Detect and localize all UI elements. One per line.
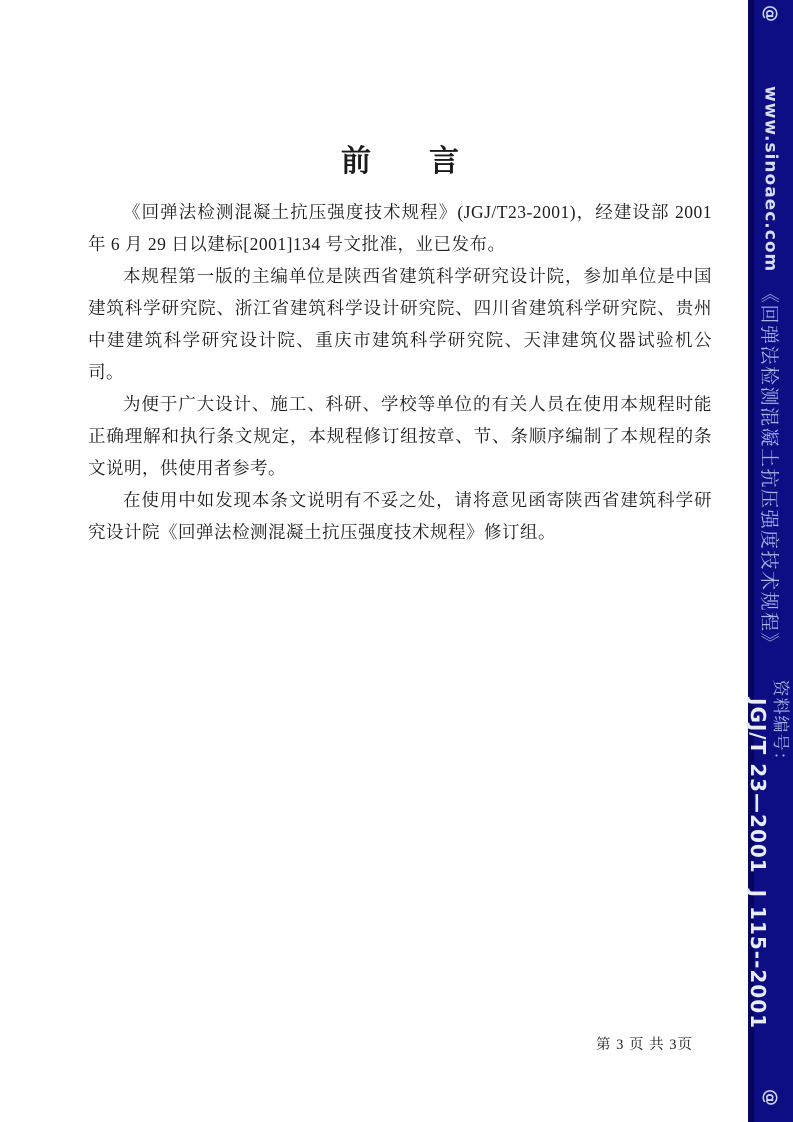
document-page: 前 言 《回弹法检测混凝土抗压强度技术规程》(JGJ/T23-2001)，经建设… (0, 0, 748, 1122)
website-link[interactable]: www.sinoaec.com (748, 86, 793, 272)
page-title: 前 言 (88, 136, 712, 180)
page-title-char: 言 (429, 136, 459, 180)
paragraph-purpose: 为便于广大设计、施工、科研、学校等单位的有关人员在使用本规程时能正确理解和执行条… (88, 388, 712, 484)
body-text: 《回弹法检测混凝土抗压强度技术规程》(JGJ/T23-2001)，经建设部 20… (88, 196, 712, 548)
ref-label: 资料编号： (771, 680, 790, 770)
website-text: www.sinoaec.com (761, 86, 781, 272)
sidebar: @ www.sinoaec.com 《回弹法检测混凝土抗压强度技术规程》 资料编… (748, 0, 793, 1122)
sidebar-ref-number: 资料编号： JGJ/T 23—2001 J 115--2001 (748, 654, 793, 1029)
ref-number: JGJ/T 23—2001 J 115--2001 (746, 698, 770, 1029)
at-icon: @ (748, 5, 793, 22)
page-title-char: 前 (341, 136, 371, 180)
paragraph-feedback: 在使用中如发现本条文说明有不妥之处，请将意见函寄陕西省建筑科学研究设计院《回弹法… (88, 484, 712, 548)
at-icon: @ (748, 1089, 793, 1106)
sidebar-doc-title: 《回弹法检测混凝土抗压强度技术规程》 (748, 284, 793, 653)
doc-title-text: 《回弹法检测混凝土抗压强度技术规程》 (757, 284, 784, 653)
paragraph-approval: 《回弹法检测混凝土抗压强度技术规程》(JGJ/T23-2001)，经建设部 20… (88, 196, 712, 260)
paragraph-editing-units: 本规程第一版的主编单位是陕西省建筑科学研究设计院，参加单位是中国建筑科学研究院、… (88, 260, 712, 388)
page-number: 第 3 页 共 3页 (596, 1033, 693, 1054)
